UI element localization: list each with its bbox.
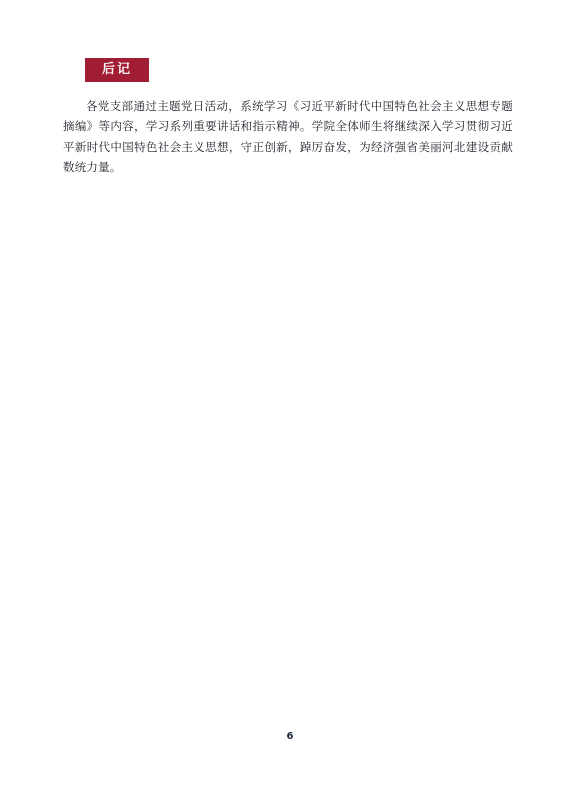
document-page: 后记 各党支部通过主题党日活动，系统学习《习近平新时代中国特色社会主义思想专题摘…: [0, 0, 580, 788]
section-heading-badge: 后记: [85, 58, 149, 82]
body-paragraph: 各党支部通过主题党日活动，系统学习《习近平新时代中国特色社会主义思想专题摘编》等…: [63, 96, 513, 178]
page-number: 6: [0, 731, 580, 742]
